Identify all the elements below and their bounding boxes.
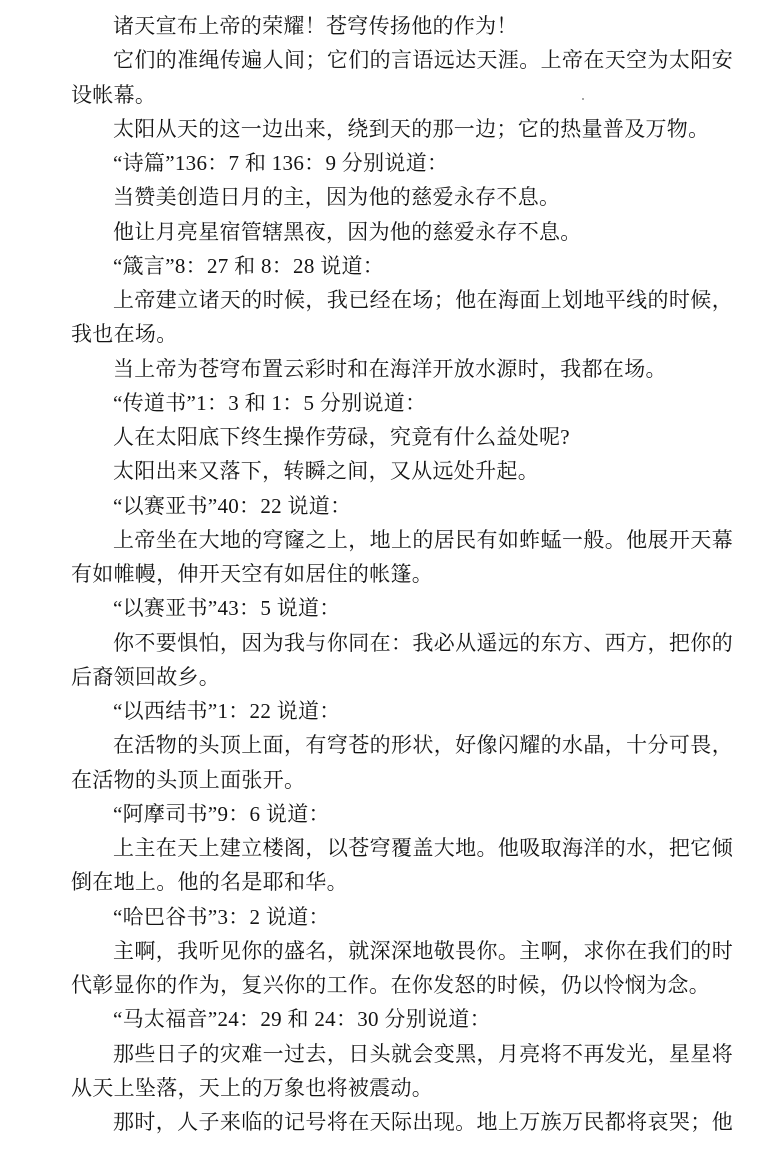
- text-line: 设帐幕。: [71, 78, 733, 112]
- citation-heading: “以赛亚书”40：22 说道：: [71, 489, 733, 523]
- citation-heading: “哈巴谷书”3：2 说道：: [71, 900, 733, 934]
- paragraph: 当上帝为苍穹布置云彩时和在海洋开放水源时，我都在场。: [71, 352, 733, 386]
- citation-heading: “马太福音”24：29 和 24：30 分别说道：: [71, 1002, 733, 1036]
- text-line: 在活物的头顶上面张开。: [71, 763, 733, 797]
- text-line: 他让月亮星宿管辖黑夜，因为他的慈爱永存不息。: [71, 215, 733, 249]
- paragraph: 上帝坐在大地的穹窿之上，地上的居民有如蚱蜢一般。他展开天幕 有如帷幔，伸开天空有…: [71, 523, 733, 592]
- paragraph: 那些日子的灾难一过去，日头就会变黑，月亮将不再发光，星星将 从天上坠落，天上的万…: [71, 1037, 733, 1106]
- paragraph: 你不要惧怕，因为我与你同在：我必从遥远的东方、西方，把你的 后裔领回故乡。: [71, 626, 733, 695]
- text-line: 当上帝为苍穹布置云彩时和在海洋开放水源时，我都在场。: [71, 352, 733, 386]
- paragraph: 诸天宣布上帝的荣耀！苍穹传扬他的作为！: [71, 9, 733, 43]
- paragraph: 它们的准绳传遍人间；它们的言语远达天涯。上帝在天空为太阳安 设帐幕。: [71, 43, 733, 112]
- paragraph: 那时，人子来临的记号将在天际出现。地上万族万民都将哀哭；他: [71, 1105, 733, 1139]
- text-line: 当赞美创造日月的主，因为他的慈爱永存不息。: [71, 180, 733, 214]
- text-line: 它们的准绳传遍人间；它们的言语远达天涯。上帝在天空为太阳安: [71, 43, 733, 77]
- text-line: “以赛亚书”43：5 说道：: [71, 591, 733, 625]
- text-line: “诗篇”136：7 和 136：9 分别说道：: [71, 146, 733, 180]
- citation-heading: “箴言”8：27 和 8：28 说道：: [71, 249, 733, 283]
- text-line: 主啊，我听见你的盛名，就深深地敬畏你。主啊，求你在我们的时: [71, 934, 733, 968]
- paragraph: 主啊，我听见你的盛名，就深深地敬畏你。主啊，求你在我们的时 代彰显你的作为，复兴…: [71, 934, 733, 1003]
- text-line: 在活物的头顶上面，有穹苍的形状，好像闪耀的水晶，十分可畏，: [71, 728, 733, 762]
- text-line: 上帝坐在大地的穹窿之上，地上的居民有如蚱蜢一般。他展开天幕: [71, 523, 733, 557]
- text-line: “传道书”1：3 和 1：5 分别说道：: [71, 386, 733, 420]
- paragraph: 太阳从天的这一边出来，绕到天的那一边；它的热量普及万物。: [71, 112, 733, 146]
- citation-heading: “诗篇”136：7 和 136：9 分别说道：: [71, 146, 733, 180]
- text-line: 你不要惧怕，因为我与你同在：我必从遥远的东方、西方，把你的: [71, 626, 733, 660]
- paragraph: 他让月亮星宿管辖黑夜，因为他的慈爱永存不息。: [71, 215, 733, 249]
- body-text: 诸天宣布上帝的荣耀！苍穹传扬他的作为！ 它们的准绳传遍人间；它们的言语远达天涯。…: [71, 9, 733, 1139]
- citation-heading: “以西结书”1：22 说道：: [71, 694, 733, 728]
- text-line: “以西结书”1：22 说道：: [71, 694, 733, 728]
- text-line: “以赛亚书”40：22 说道：: [71, 489, 733, 523]
- text-line: “箴言”8：27 和 8：28 说道：: [71, 249, 733, 283]
- text-line: 那时，人子来临的记号将在天际出现。地上万族万民都将哀哭；他: [71, 1105, 733, 1139]
- paragraph: 上帝建立诸天的时候，我已经在场；他在海面上划地平线的时候， 我也在场。: [71, 283, 733, 352]
- citation-heading: “阿摩司书”9：6 说道：: [71, 797, 733, 831]
- text-line: 有如帷幔，伸开天空有如居住的帐篷。: [71, 557, 733, 591]
- text-line: 太阳出来又落下，转瞬之间，又从远处升起。: [71, 454, 733, 488]
- text-line: “阿摩司书”9：6 说道：: [71, 797, 733, 831]
- text-line: 太阳从天的这一边出来，绕到天的那一边；它的热量普及万物。: [71, 112, 733, 146]
- text-line: 后裔领回故乡。: [71, 660, 733, 694]
- text-line: 代彰显你的作为，复兴你的工作。在你发怒的时候，仍以怜悯为念。: [71, 968, 733, 1002]
- text-line: 上主在天上建立楼阁，以苍穹覆盖大地。他吸取海洋的水，把它倾: [71, 831, 733, 865]
- citation-heading: “以赛亚书”43：5 说道：: [71, 591, 733, 625]
- text-line: “哈巴谷书”3：2 说道：: [71, 900, 733, 934]
- text-line: 倒在地上。他的名是耶和华。: [71, 865, 733, 899]
- text-line: 从天上坠落，天上的万象也将被震动。: [71, 1071, 733, 1105]
- paragraph: 当赞美创造日月的主，因为他的慈爱永存不息。: [71, 180, 733, 214]
- paragraph: 上主在天上建立楼阁，以苍穹覆盖大地。他吸取海洋的水，把它倾 倒在地上。他的名是耶…: [71, 831, 733, 900]
- text-line: 那些日子的灾难一过去，日头就会变黑，月亮将不再发光，星星将: [71, 1037, 733, 1071]
- text-line: 诸天宣布上帝的荣耀！苍穹传扬他的作为！: [71, 9, 733, 43]
- citation-heading: “传道书”1：3 和 1：5 分别说道：: [71, 386, 733, 420]
- text-line: “马太福音”24：29 和 24：30 分别说道：: [71, 1002, 733, 1036]
- text-line: 上帝建立诸天的时候，我已经在场；他在海面上划地平线的时候，: [71, 283, 733, 317]
- paragraph: 人在太阳底下终生操作劳碌，究竟有什么益处呢?: [71, 420, 733, 454]
- scanned-book-page: 诸天宣布上帝的荣耀！苍穹传扬他的作为！ 它们的准绳传遍人间；它们的言语远达天涯。…: [0, 0, 758, 1162]
- text-line: 人在太阳底下终生操作劳碌，究竟有什么益处呢?: [71, 420, 733, 454]
- text-line: 我也在场。: [71, 317, 733, 351]
- paragraph: 太阳出来又落下，转瞬之间，又从远处升起。: [71, 454, 733, 488]
- paragraph: 在活物的头顶上面，有穹苍的形状，好像闪耀的水晶，十分可畏， 在活物的头顶上面张开…: [71, 728, 733, 797]
